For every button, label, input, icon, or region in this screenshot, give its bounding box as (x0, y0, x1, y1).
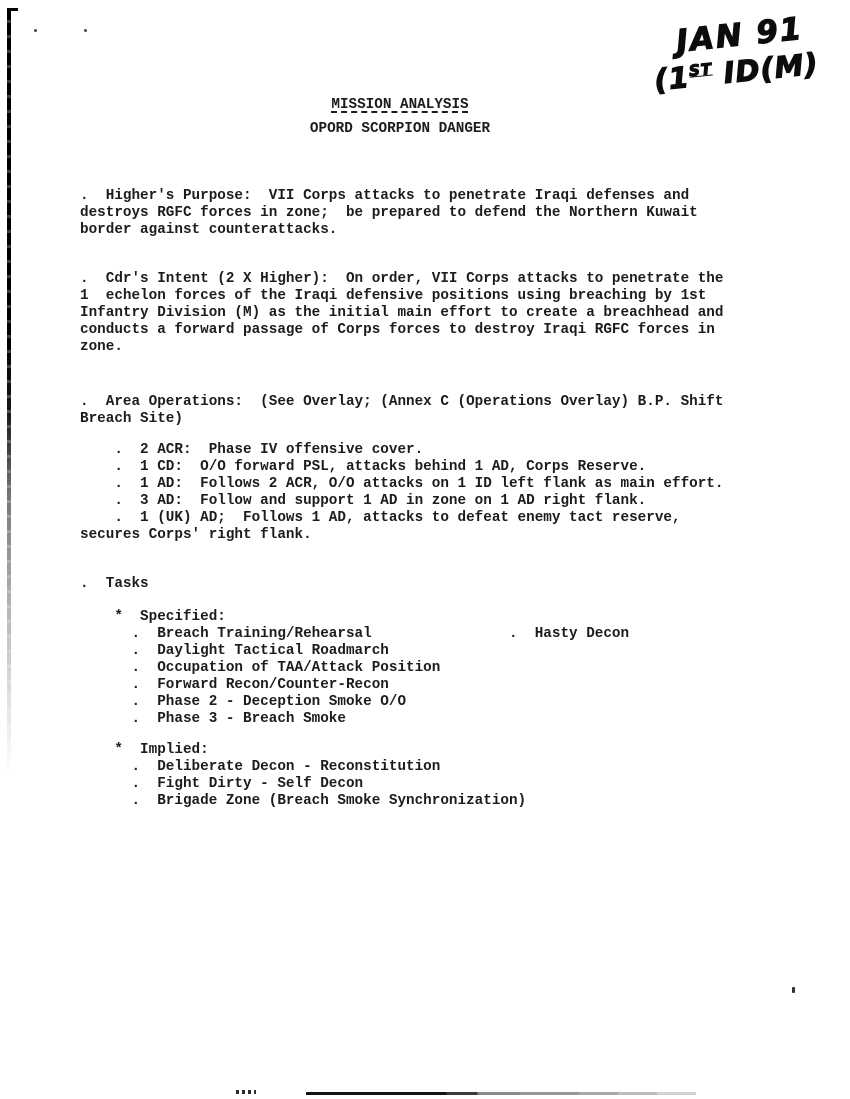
para-highers-purpose: . Higher's Purpose: VII Corps attacks to… (80, 188, 698, 239)
list-item: . 1 CD: O/O forward PSL, attacks behind … (80, 459, 723, 476)
text-line: 1 echelon forces of the Iraqi defensive … (80, 288, 723, 305)
text-line: destroys RGFC forces in zone; be prepare… (80, 205, 698, 222)
specified-tasks: * Specified: . Breach Training/Rehearsal… (80, 609, 629, 728)
scan-artifact-footer-line (306, 1092, 696, 1095)
text-line: border against counterattacks. (80, 222, 698, 239)
text-line: conducts a forward passage of Corps forc… (80, 322, 723, 339)
text-line: Infantry Division (M) as the initial mai… (80, 305, 723, 322)
list-item: . Phase 2 - Deception Smoke O/O (80, 694, 629, 711)
document-title-text: MISSION ANALYSIS (331, 97, 468, 113)
scan-artifact-footer-dots (236, 1090, 256, 1094)
handwritten-unit-prefix: (1 (653, 60, 692, 98)
document-title: MISSION ANALYSIS (0, 97, 800, 113)
list-item: . 1 AD: Follows 2 ACR, O/O attacks on 1 … (80, 476, 723, 493)
list-item: . Phase 3 - Breach Smoke (80, 711, 629, 728)
list-item: . Brigade Zone (Breach Smoke Synchroniza… (80, 793, 526, 810)
text-line: . Tasks (80, 576, 149, 593)
scan-artifact-speck (792, 987, 795, 993)
text-line: zone. (80, 339, 723, 356)
para-cdrs-intent: . Cdr's Intent (2 X Higher): On order, V… (80, 271, 723, 356)
scan-artifact-speck (34, 29, 37, 32)
list-item: . 1 (UK) AD; Follows 1 AD, attacks to de… (80, 510, 723, 527)
para-area-operations: . Area Operations: (See Overlay; (Annex … (80, 394, 723, 428)
list-item: . 2 ACR: Phase IV offensive cover. (80, 442, 723, 459)
list-item: . Breach Training/Rehearsal . Hasty Deco… (80, 626, 629, 643)
unit-task-list: . 2 ACR: Phase IV offensive cover. . 1 C… (80, 442, 723, 544)
implied-tasks: * Implied: . Deliberate Decon - Reconsti… (80, 742, 526, 810)
list-item: . Daylight Tactical Roadmarch (80, 643, 629, 660)
list-item: . Occupation of TAA/Attack Position (80, 660, 629, 677)
text-line: . Area Operations: (See Overlay; (Annex … (80, 394, 723, 411)
handwritten-annotation: JAN 91 (1ST ID(M) (649, 10, 820, 98)
list-item: . 3 AD: Follow and support 1 AD in zone … (80, 493, 723, 510)
list-item: . Deliberate Decon - Reconstitution (80, 759, 526, 776)
handwritten-unit-ordinal: ST (688, 60, 713, 80)
text-line: . Higher's Purpose: VII Corps attacks to… (80, 188, 698, 205)
list-item: secures Corps' right flank. (80, 527, 723, 544)
list-item: . Fight Dirty - Self Decon (80, 776, 526, 793)
scanned-document-page: JAN 91 (1ST ID(M) MISSION ANALYSIS OPORD… (0, 0, 850, 1099)
text-line: . Cdr's Intent (2 X Higher): On order, V… (80, 271, 723, 288)
document-subtitle: OPORD SCORPION DANGER (0, 121, 800, 137)
section-label: * Specified: (80, 609, 629, 626)
section-label: * Implied: (80, 742, 526, 759)
text-line: Breach Site) (80, 411, 723, 428)
tasks-heading: . Tasks (80, 576, 149, 593)
scan-artifact-speck (84, 29, 87, 32)
list-item: . Forward Recon/Counter-Recon (80, 677, 629, 694)
